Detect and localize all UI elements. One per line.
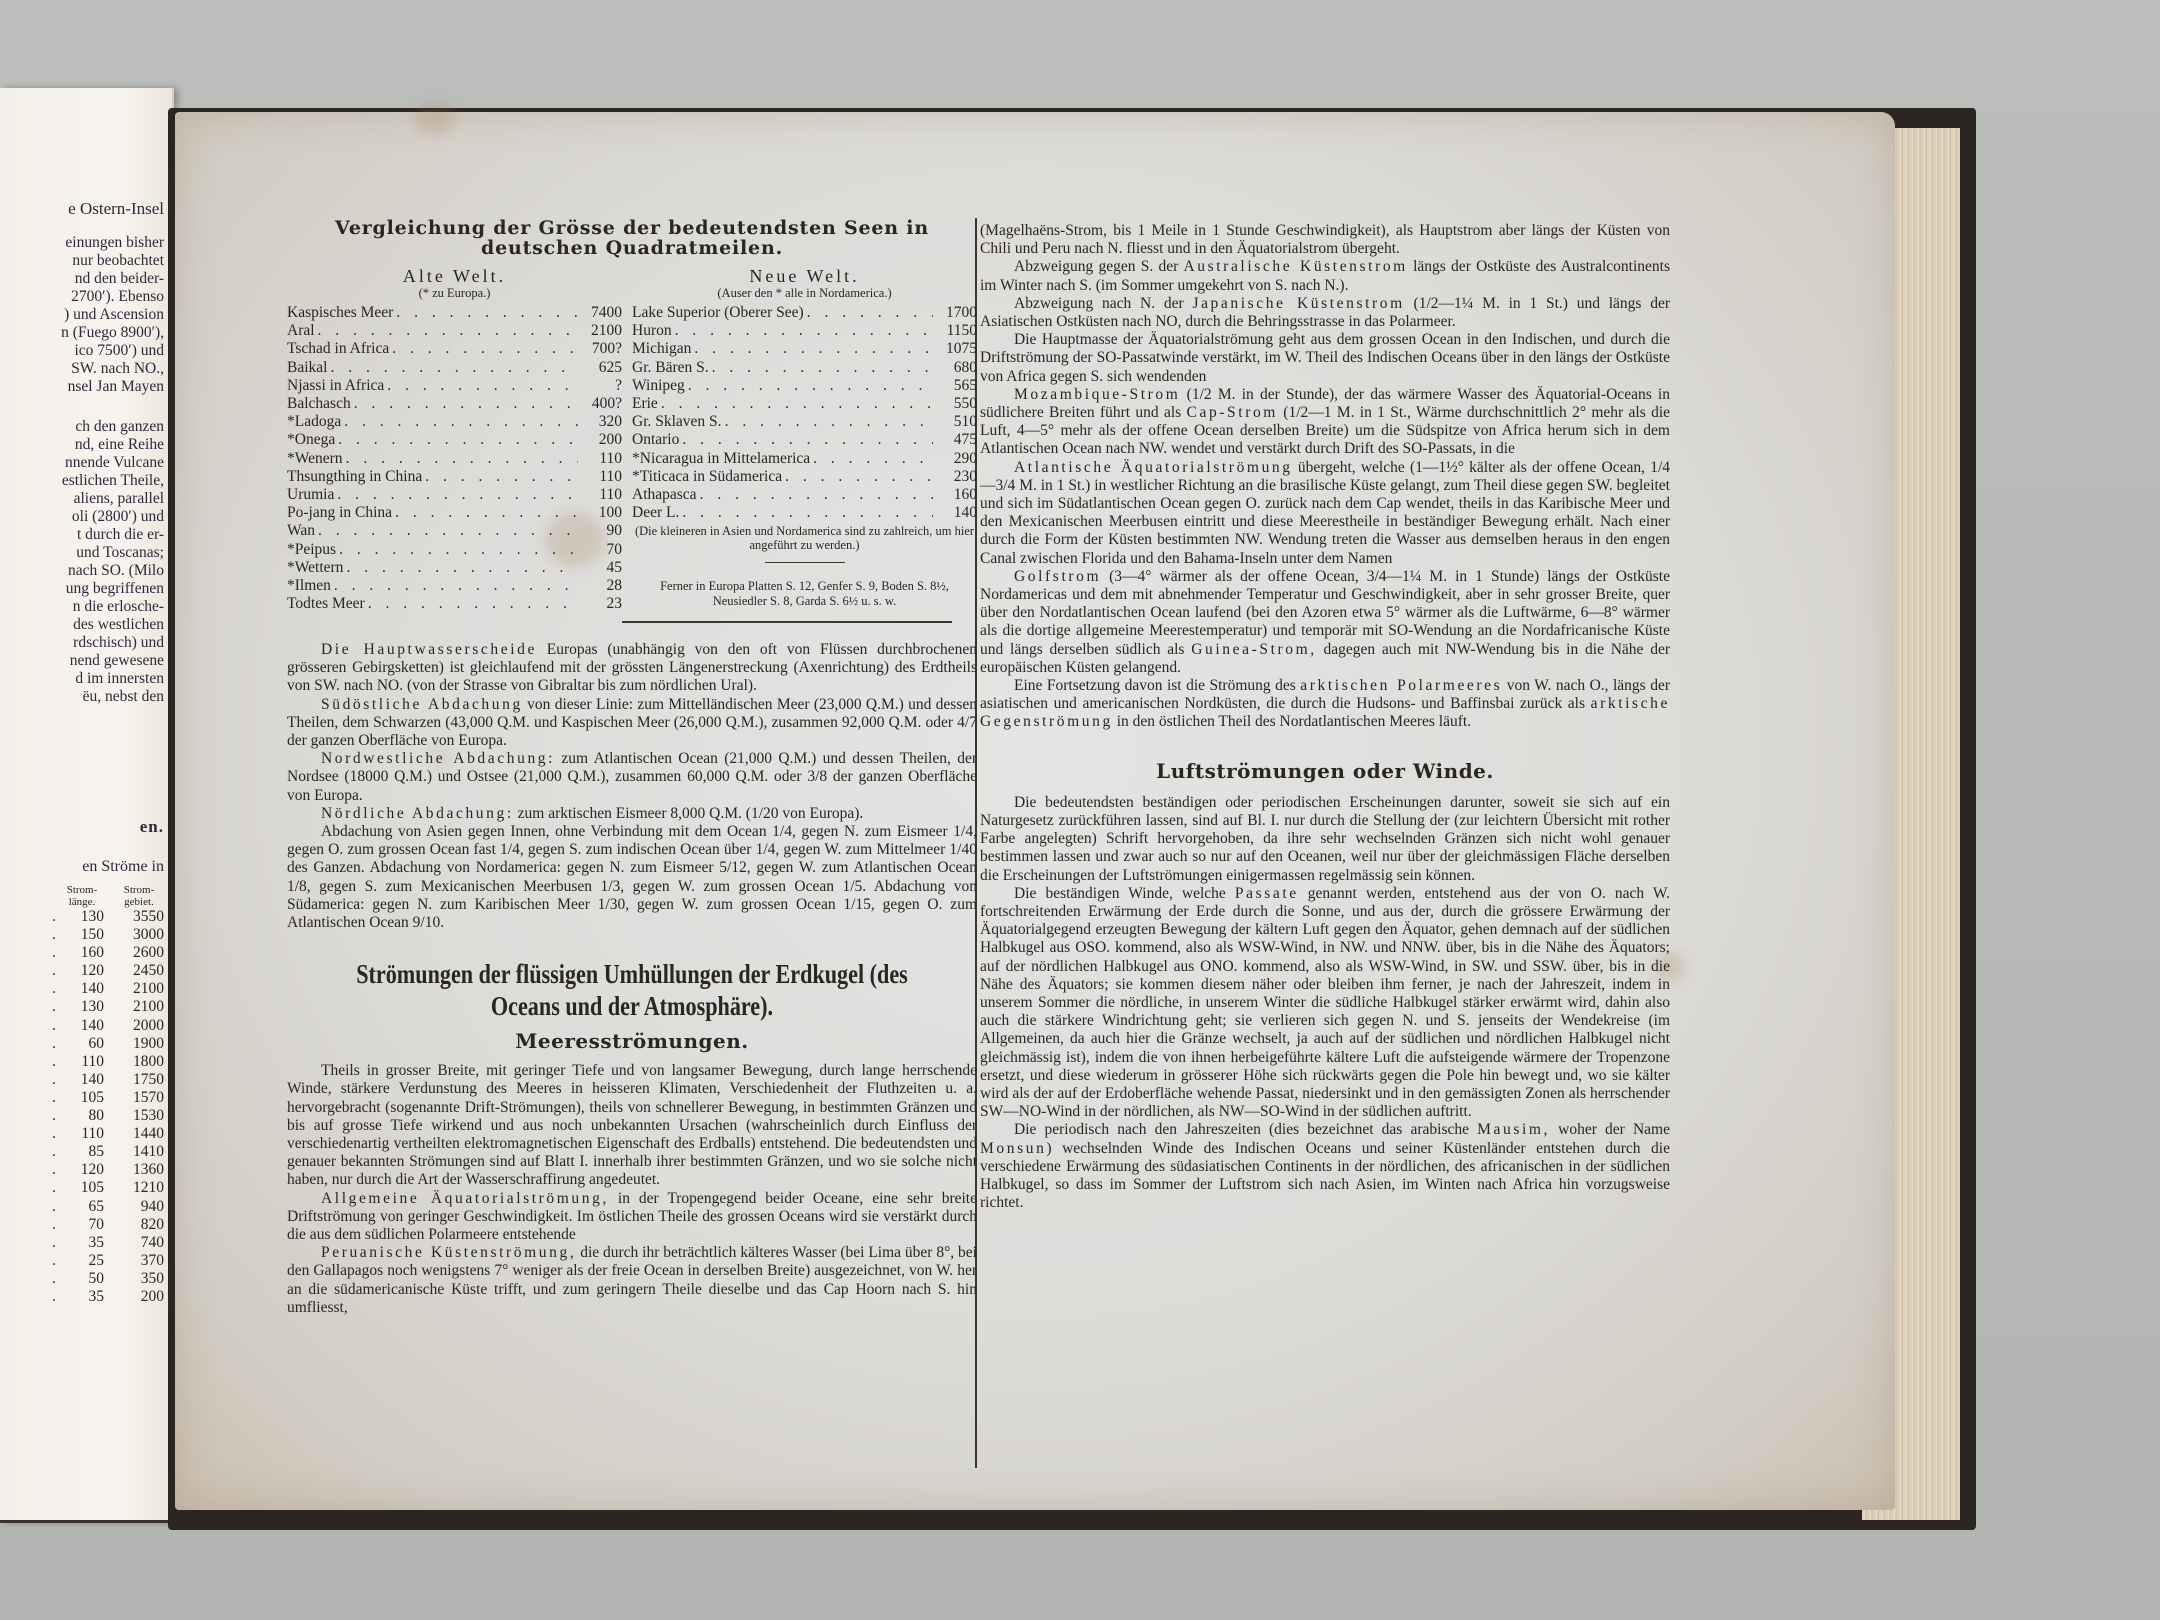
- winds-heading: Luftströmungen oder Winde.: [980, 758, 1670, 784]
- river-length: 35: [66, 1288, 104, 1306]
- lake-area: 1700: [933, 304, 977, 322]
- text-line: und Toscanas;: [62, 544, 164, 562]
- river-row: .1401750: [52, 1071, 164, 1089]
- lake-row: Njassi in Africa?: [287, 377, 622, 395]
- text-line: n (Fuego 8900′),: [61, 324, 164, 342]
- river-area: 2000: [104, 1017, 164, 1035]
- leader-dot: .: [52, 1053, 66, 1071]
- river-row: .1051210: [52, 1179, 164, 1197]
- lake-row: Gr. Sklaven S.510: [632, 413, 977, 431]
- lake-row: Gr. Bären S.680: [632, 359, 977, 377]
- river-row: .1202450: [52, 962, 164, 980]
- leader-dots: [709, 359, 933, 377]
- spaced-term: Mozambique-Strom: [1014, 386, 1180, 403]
- river-area: 350: [104, 1270, 164, 1288]
- paragraph-text: in den östlichen Theil des Nordatlantisc…: [1113, 713, 1471, 730]
- river-area: 1360: [104, 1161, 164, 1179]
- lake-area: 475: [933, 431, 977, 449]
- lake-area: 110: [578, 450, 622, 468]
- lake-name: Lake Superior (Oberer See): [632, 304, 804, 322]
- text-line: nsel Jan Mayen: [61, 378, 164, 396]
- lake-area: 290: [933, 450, 977, 468]
- lake-name: Aral: [287, 322, 315, 340]
- paragraph-text: Abzweigung gegen S. der: [1014, 258, 1184, 275]
- text-line: t durch die er-: [62, 526, 164, 544]
- spaced-term: arktischen Polarmeeres: [1300, 677, 1502, 694]
- sea-currents-heading: Meeresströmungen.: [287, 1028, 977, 1054]
- left-page-heading-fragment: en.: [140, 818, 164, 836]
- stain: [415, 104, 455, 134]
- lake-name: Michigan: [632, 340, 691, 358]
- paragraph-text: Die periodisch nach den Jahreszeiten (di…: [1014, 1121, 1477, 1138]
- leader-dots: [341, 413, 578, 431]
- lake-area: 7400: [578, 304, 622, 322]
- leader-dot: .: [52, 908, 66, 926]
- leader-dot: .: [52, 1252, 66, 1270]
- lake-row: Aral2100: [287, 322, 622, 340]
- text-line: ico 7500′) und: [61, 342, 164, 360]
- lake-area: 1075: [933, 340, 977, 358]
- magellan-current-paragraph: (Magelhaëns-Strom, bis 1 Meile in 1 Stun…: [980, 222, 1670, 258]
- river-length: 70: [66, 1216, 104, 1234]
- river-row: .1503000: [52, 926, 164, 944]
- new-world-column: Neue Welt. (Auser den * alle in Nordamer…: [632, 266, 977, 613]
- lake-area: 1150: [933, 322, 977, 340]
- lake-area: 70: [578, 541, 622, 559]
- river-area: 2450: [104, 962, 164, 980]
- lake-name: Njassi in Africa: [287, 377, 384, 395]
- river-area: 370: [104, 1252, 164, 1270]
- leader-dots: [315, 322, 578, 340]
- river-row: .50350: [52, 1270, 164, 1288]
- leader-dot: .: [52, 1179, 66, 1197]
- currents-heading: Strömungen der flüssigen Umhüllungen der…: [349, 958, 915, 1022]
- river-length: 140: [66, 1071, 104, 1089]
- river-area: 1570: [104, 1089, 164, 1107]
- river-table-header: Strom-länge. Strom-gebiet.: [60, 884, 164, 908]
- currents-intro-paragraph: Theils in grosser Breite, mit geringer T…: [287, 1062, 977, 1189]
- lake-row: *Wettern45: [287, 559, 622, 577]
- lake-row: Wan90: [287, 522, 622, 540]
- new-world-note: (Auser den * alle in Nordamerica.): [632, 286, 977, 300]
- river-area: 2600: [104, 944, 164, 962]
- river-row: .65940: [52, 1198, 164, 1216]
- main-page: Vergleichung der Grösse der bedeutendste…: [175, 112, 1895, 1510]
- lake-name: *Nicaragua in Mittelamerica: [632, 450, 810, 468]
- leader-dots: [389, 340, 578, 358]
- text-line: nd den beider-: [61, 270, 164, 288]
- river-row: .1201360: [52, 1161, 164, 1179]
- text-line: nd, eine Reihe: [62, 436, 164, 454]
- old-world-note: (* zu Europa.): [287, 286, 622, 300]
- column-header-length: Strom-länge.: [60, 884, 104, 908]
- lake-name: Baikal: [287, 359, 327, 377]
- northwest-slope-paragraph: Nordwestliche Abdachung: zum Atlantische…: [287, 750, 977, 805]
- text-line: ) und Ascension: [61, 306, 164, 324]
- river-area: 820: [104, 1216, 164, 1234]
- leader-dots: [392, 504, 578, 522]
- leader-dots: [334, 486, 578, 504]
- lake-name: *Onega: [287, 431, 335, 449]
- spaced-term: Die Hauptwasserscheide: [321, 641, 537, 658]
- lake-area: 700?: [578, 340, 622, 358]
- leader-dots: [343, 450, 578, 468]
- river-row: .1101800: [52, 1053, 164, 1071]
- text-line: nnende Vulcane: [62, 454, 164, 472]
- lake-name: Huron: [632, 322, 672, 340]
- lake-name: Balchasch: [287, 395, 351, 413]
- river-row: .1051570: [52, 1089, 164, 1107]
- leader-dots: [672, 322, 933, 340]
- lake-area: 2100: [578, 322, 622, 340]
- asia-slope-paragraph: Abdachung von Asien gegen Innen, ohne Ve…: [287, 823, 977, 932]
- lake-name: Kaspisches Meer: [287, 304, 393, 322]
- lake-row: Urumia110: [287, 486, 622, 504]
- lake-area: 110: [578, 486, 622, 504]
- river-area: 1440: [104, 1125, 164, 1143]
- river-length: 80: [66, 1107, 104, 1125]
- lake-row: Balchasch400?: [287, 395, 622, 413]
- river-length: 120: [66, 962, 104, 980]
- river-row: .1101440: [52, 1125, 164, 1143]
- spaced-term: Monsun: [980, 1140, 1046, 1157]
- text-line: einungen bisher: [61, 234, 164, 252]
- lake-name: Thsungthing in China: [287, 468, 422, 486]
- text-line: ung begriffenen: [62, 580, 164, 598]
- text-line: ch den ganzen: [62, 418, 164, 436]
- river-length: 85: [66, 1143, 104, 1161]
- leader-dots: [691, 340, 933, 358]
- lake-area: 320: [578, 413, 622, 431]
- leader-dots: [315, 522, 578, 540]
- atlantic-equatorial-paragraph: Atlantische Äquatorialströmung übergeht,…: [980, 459, 1670, 568]
- leader-dots: [365, 595, 578, 613]
- leader-dots: [658, 395, 933, 413]
- leader-dot: .: [52, 962, 66, 980]
- river-row: .1402000: [52, 1017, 164, 1035]
- lake-row: Huron1150: [632, 322, 977, 340]
- lake-name: Gr. Sklaven S.: [632, 413, 722, 431]
- equatorial-current-paragraph: Allgemeine Äquatorialströmung, in der Tr…: [287, 1190, 977, 1245]
- paragraph-text: ) wechselnden Winde des Indischen Oceans…: [980, 1140, 1670, 1212]
- lake-area: 110: [578, 468, 622, 486]
- lake-area: 565: [933, 377, 977, 395]
- spaced-term: Guinea-Strom,: [1191, 641, 1317, 658]
- lake-row: *Nicaragua in Mittelamerica290: [632, 450, 977, 468]
- lake-name: Ontario: [632, 431, 679, 449]
- lake-row: Deer L.140: [632, 504, 977, 522]
- river-length: 105: [66, 1089, 104, 1107]
- north-slope-paragraph: Nördliche Abdachung: zum arktischen Eism…: [287, 805, 977, 823]
- leader-dot: .: [52, 1288, 66, 1306]
- leader-dots: [782, 468, 933, 486]
- lake-row: *Peipus70: [287, 541, 622, 559]
- old-world-heading: Alte Welt.: [287, 266, 622, 286]
- river-row: .35200: [52, 1288, 164, 1306]
- new-world-heading: Neue Welt.: [632, 266, 977, 286]
- leader-dots: [331, 577, 578, 595]
- lake-name: *Peipus: [287, 541, 336, 559]
- river-length: 120: [66, 1161, 104, 1179]
- lake-area: 200: [578, 431, 622, 449]
- leader-dots: [422, 468, 578, 486]
- river-area: 1210: [104, 1179, 164, 1197]
- river-table: .1303550.1503000.1602600.1202450.1402100…: [52, 908, 164, 1306]
- river-table-title: en Ströme in: [82, 858, 164, 876]
- river-row: .851410: [52, 1143, 164, 1161]
- lake-row: *Ladoga320: [287, 413, 622, 431]
- river-area: 2100: [104, 980, 164, 998]
- text-line: SW. nach NO.,: [61, 360, 164, 378]
- lake-area: 680: [933, 359, 977, 377]
- lake-name: Deer L.: [632, 504, 679, 522]
- river-row: .1602600: [52, 944, 164, 962]
- text-line: oli (2800′) und: [62, 508, 164, 526]
- text-line: ëu, nebst den: [62, 688, 164, 706]
- spaced-term: Nordwestliche Abdachung:: [321, 750, 555, 767]
- spaced-term: Mausim,: [1477, 1121, 1550, 1138]
- paragraph-text: Abzweigung nach N. der: [1014, 295, 1192, 312]
- lake-area: ?: [578, 377, 622, 395]
- text-line: nach SO. (Milo: [62, 562, 164, 580]
- leader-dots: [393, 304, 578, 322]
- river-row: .801530: [52, 1107, 164, 1125]
- lake-area: 230: [933, 468, 977, 486]
- river-row: .1402100: [52, 980, 164, 998]
- lake-area: 400?: [578, 395, 622, 413]
- leader-dots: [810, 450, 933, 468]
- leader-dot: .: [52, 1143, 66, 1161]
- leader-dots: [722, 413, 933, 431]
- right-column: (Magelhaëns-Strom, bis 1 Meile in 1 Stun…: [980, 222, 1670, 1212]
- text-line: rdschisch) und: [62, 634, 164, 652]
- leader-dot: .: [52, 1017, 66, 1035]
- text-line: n die erlosche-: [62, 598, 164, 616]
- lake-row: Tschad in Africa700?: [287, 340, 622, 358]
- leader-dot: .: [52, 944, 66, 962]
- lake-name: *Wettern: [287, 559, 343, 577]
- paragraph-text: Eine Fortsetzung davon ist die Strömung …: [1014, 677, 1300, 694]
- lakes-table-title: Vergleichung der Grösse der bedeutendste…: [287, 218, 977, 258]
- river-row: .25370: [52, 1252, 164, 1270]
- leader-dot: .: [52, 926, 66, 944]
- river-length: 25: [66, 1252, 104, 1270]
- old-world-rows: Kaspisches Meer7400Aral2100Tschad in Afr…: [287, 304, 622, 613]
- lake-area: 510: [933, 413, 977, 431]
- leader-dots: [327, 359, 578, 377]
- lake-row: Ontario475: [632, 431, 977, 449]
- river-length: 65: [66, 1198, 104, 1216]
- left-facing-page: e Ostern-Insel einungen bisher nur beoba…: [0, 88, 174, 1523]
- trade-winds-paragraph: Die beständigen Winde, welche Passate ge…: [980, 885, 1670, 1122]
- leader-dot: .: [52, 1125, 66, 1143]
- lake-name: Gr. Bären S.: [632, 359, 709, 377]
- lake-row: *Wenern110: [287, 450, 622, 468]
- lake-area: 550: [933, 395, 977, 413]
- left-column: Vergleichung der Grösse der bedeutendste…: [287, 218, 977, 1317]
- paragraph-text: zum arktischen Eismeer 8,000 Q.M. (1/20 …: [514, 805, 864, 822]
- river-area: 1800: [104, 1053, 164, 1071]
- river-area: 200: [104, 1288, 164, 1306]
- river-length: 140: [66, 980, 104, 998]
- new-world-rows: Lake Superior (Oberer See)1700Huron1150M…: [632, 304, 977, 522]
- australian-current-paragraph: Abzweigung gegen S. der Australische Küs…: [980, 258, 1670, 294]
- leader-dot: .: [52, 1234, 66, 1252]
- leader-dots: [697, 486, 933, 504]
- lake-area: 160: [933, 486, 977, 504]
- river-row: .1303550: [52, 908, 164, 926]
- lake-name: Erie: [632, 395, 658, 413]
- river-length: 35: [66, 1234, 104, 1252]
- river-row: .1302100: [52, 998, 164, 1016]
- gulf-stream-paragraph: Golfstrom (3—4° wärmer als der offene Oc…: [980, 568, 1670, 677]
- river-area: 940: [104, 1198, 164, 1216]
- lake-row: Michigan1075: [632, 340, 977, 358]
- spaced-term: Japanische Küstenstrom: [1192, 295, 1404, 312]
- lake-name: Urumia: [287, 486, 334, 504]
- lake-area: 100: [578, 504, 622, 522]
- arctic-current-paragraph: Eine Fortsetzung davon ist die Strömung …: [980, 677, 1670, 732]
- leader-dot: .: [52, 1198, 66, 1216]
- lake-name: Winipeg: [632, 377, 685, 395]
- lake-row: Winipeg565: [632, 377, 977, 395]
- text-line: des westlichen: [62, 616, 164, 634]
- lake-row: Erie550: [632, 395, 977, 413]
- leader-dots: [679, 504, 933, 522]
- river-area: 3000: [104, 926, 164, 944]
- text-line: d im innersten: [62, 670, 164, 688]
- main-equatorial-paragraph: Die Hauptmasse der Äquatorialströmung ge…: [980, 331, 1670, 386]
- spaced-term: Nördliche Abdachung:: [321, 805, 514, 822]
- river-length: 130: [66, 908, 104, 926]
- lake-area: 140: [933, 504, 977, 522]
- lake-row: *Titicaca in Südamerica230: [632, 468, 977, 486]
- lakes-table: Alte Welt. (* zu Europa.) Kaspisches Mee…: [287, 266, 977, 613]
- leader-dots: [804, 304, 933, 322]
- lake-name: Tschad in Africa: [287, 340, 389, 358]
- leader-dot: .: [52, 1270, 66, 1288]
- leader-dot: .: [52, 1216, 66, 1234]
- river-area: 1410: [104, 1143, 164, 1161]
- spaced-term: Allgemeine Äquatorialströmung,: [321, 1190, 609, 1207]
- lake-name: *Ladoga: [287, 413, 341, 431]
- paragraph-text: woher der Name: [1550, 1121, 1670, 1138]
- leader-dot: .: [52, 1107, 66, 1125]
- leader-dot: .: [52, 1035, 66, 1053]
- lake-row: Kaspisches Meer7400: [287, 304, 622, 322]
- lake-name: Athapasca: [632, 486, 697, 504]
- further-lakes-note: Ferner in Europa Platten S. 12, Genfer S…: [632, 579, 977, 609]
- lake-name: *Wenern: [287, 450, 343, 468]
- text-line: nur beobachtet: [61, 252, 164, 270]
- river-length: 110: [66, 1125, 104, 1143]
- column-header-area: Strom-gebiet.: [114, 884, 164, 908]
- river-length: 130: [66, 998, 104, 1016]
- river-row: .35740: [52, 1234, 164, 1252]
- left-page-paragraph-2: ch den ganzen nd, eine Reihe nnende Vulc…: [62, 418, 164, 706]
- spaced-term: Golfstrom: [1014, 568, 1101, 585]
- spaced-term: Peruanische Küstenströmung,: [321, 1244, 576, 1261]
- lake-name: Todtes Meer: [287, 595, 365, 613]
- mozambique-current-paragraph: Mozambique-Strom (1/2 M. in der Stunde),…: [980, 386, 1670, 459]
- river-area: 3550: [104, 908, 164, 926]
- lake-row: Po-jang in China100: [287, 504, 622, 522]
- river-row: .70820: [52, 1216, 164, 1234]
- spaced-term: Atlantische Äquatorialströmung: [1014, 459, 1293, 476]
- japanese-current-paragraph: Abzweigung nach N. der Japanische Küsten…: [980, 295, 1670, 331]
- leader-dot: .: [52, 998, 66, 1016]
- river-length: 150: [66, 926, 104, 944]
- leader-dots: [335, 431, 578, 449]
- river-length: 110: [66, 1053, 104, 1071]
- lake-area: 625: [578, 359, 622, 377]
- text-line: aliens, parallel: [62, 490, 164, 508]
- leader-dots: [685, 377, 933, 395]
- paragraph-text: genannt werden, entstehend aus der von O…: [980, 885, 1670, 1120]
- watershed-paragraph: Die Hauptwasserscheide Europas (unabhäng…: [287, 641, 977, 696]
- left-page-paragraph-1: einungen bisher nur beobachtet nd den be…: [61, 234, 164, 396]
- lake-area: 45: [578, 559, 622, 577]
- river-length: 160: [66, 944, 104, 962]
- lake-name: *Ilmen: [287, 577, 331, 595]
- lake-row: *Onega200: [287, 431, 622, 449]
- river-area: 740: [104, 1234, 164, 1252]
- river-area: 1900: [104, 1035, 164, 1053]
- lake-area: 90: [578, 522, 622, 540]
- lake-area: 28: [578, 577, 622, 595]
- leader-dot: .: [52, 980, 66, 998]
- old-world-column: Alte Welt. (* zu Europa.) Kaspisches Mee…: [287, 266, 622, 613]
- river-length: 105: [66, 1179, 104, 1197]
- text-line: estlichen Theile,: [62, 472, 164, 490]
- text-line: nend gewesene: [62, 652, 164, 670]
- left-page-title-fragment: e Ostern-Insel: [68, 200, 164, 218]
- leader-dots: [384, 377, 578, 395]
- river-length: 50: [66, 1270, 104, 1288]
- spaced-term: Passate: [1235, 885, 1299, 902]
- leader-dots: [343, 559, 578, 577]
- lake-name: *Titicaca in Südamerica: [632, 468, 782, 486]
- spaced-term: Südöstliche Abdachung: [321, 696, 523, 713]
- lake-row: Athapasca160: [632, 486, 977, 504]
- monsoon-paragraph: Die periodisch nach den Jahreszeiten (di…: [980, 1121, 1670, 1212]
- river-row: .601900: [52, 1035, 164, 1053]
- leader-dots: [351, 395, 578, 413]
- leader-dots: [679, 431, 933, 449]
- river-area: 1530: [104, 1107, 164, 1125]
- winds-intro-paragraph: Die bedeutendsten beständigen oder perio…: [980, 794, 1670, 885]
- lake-row: Todtes Meer23: [287, 595, 622, 613]
- paragraph-text: Die beständigen Winde, welche: [1014, 885, 1235, 902]
- river-area: 1750: [104, 1071, 164, 1089]
- leader-dot: .: [52, 1089, 66, 1107]
- lake-area: 23: [578, 595, 622, 613]
- text-line: 2700′). Ebenso: [61, 288, 164, 306]
- leader-dot: .: [52, 1161, 66, 1179]
- spaced-term: Australische Küstenstrom: [1184, 258, 1408, 275]
- lake-name: Wan: [287, 522, 315, 540]
- spaced-term: Cap-Strom: [1187, 404, 1278, 421]
- table-end-rule: [622, 621, 952, 623]
- leader-dots: [336, 541, 578, 559]
- lake-row: *Ilmen28: [287, 577, 622, 595]
- river-area: 2100: [104, 998, 164, 1016]
- leader-dot: .: [52, 1071, 66, 1089]
- lake-row: Lake Superior (Oberer See)1700: [632, 304, 977, 322]
- peruvian-current-paragraph: Peruanische Küstenströmung, die durch ih…: [287, 1244, 977, 1317]
- river-length: 60: [66, 1035, 104, 1053]
- short-rule: [765, 562, 845, 563]
